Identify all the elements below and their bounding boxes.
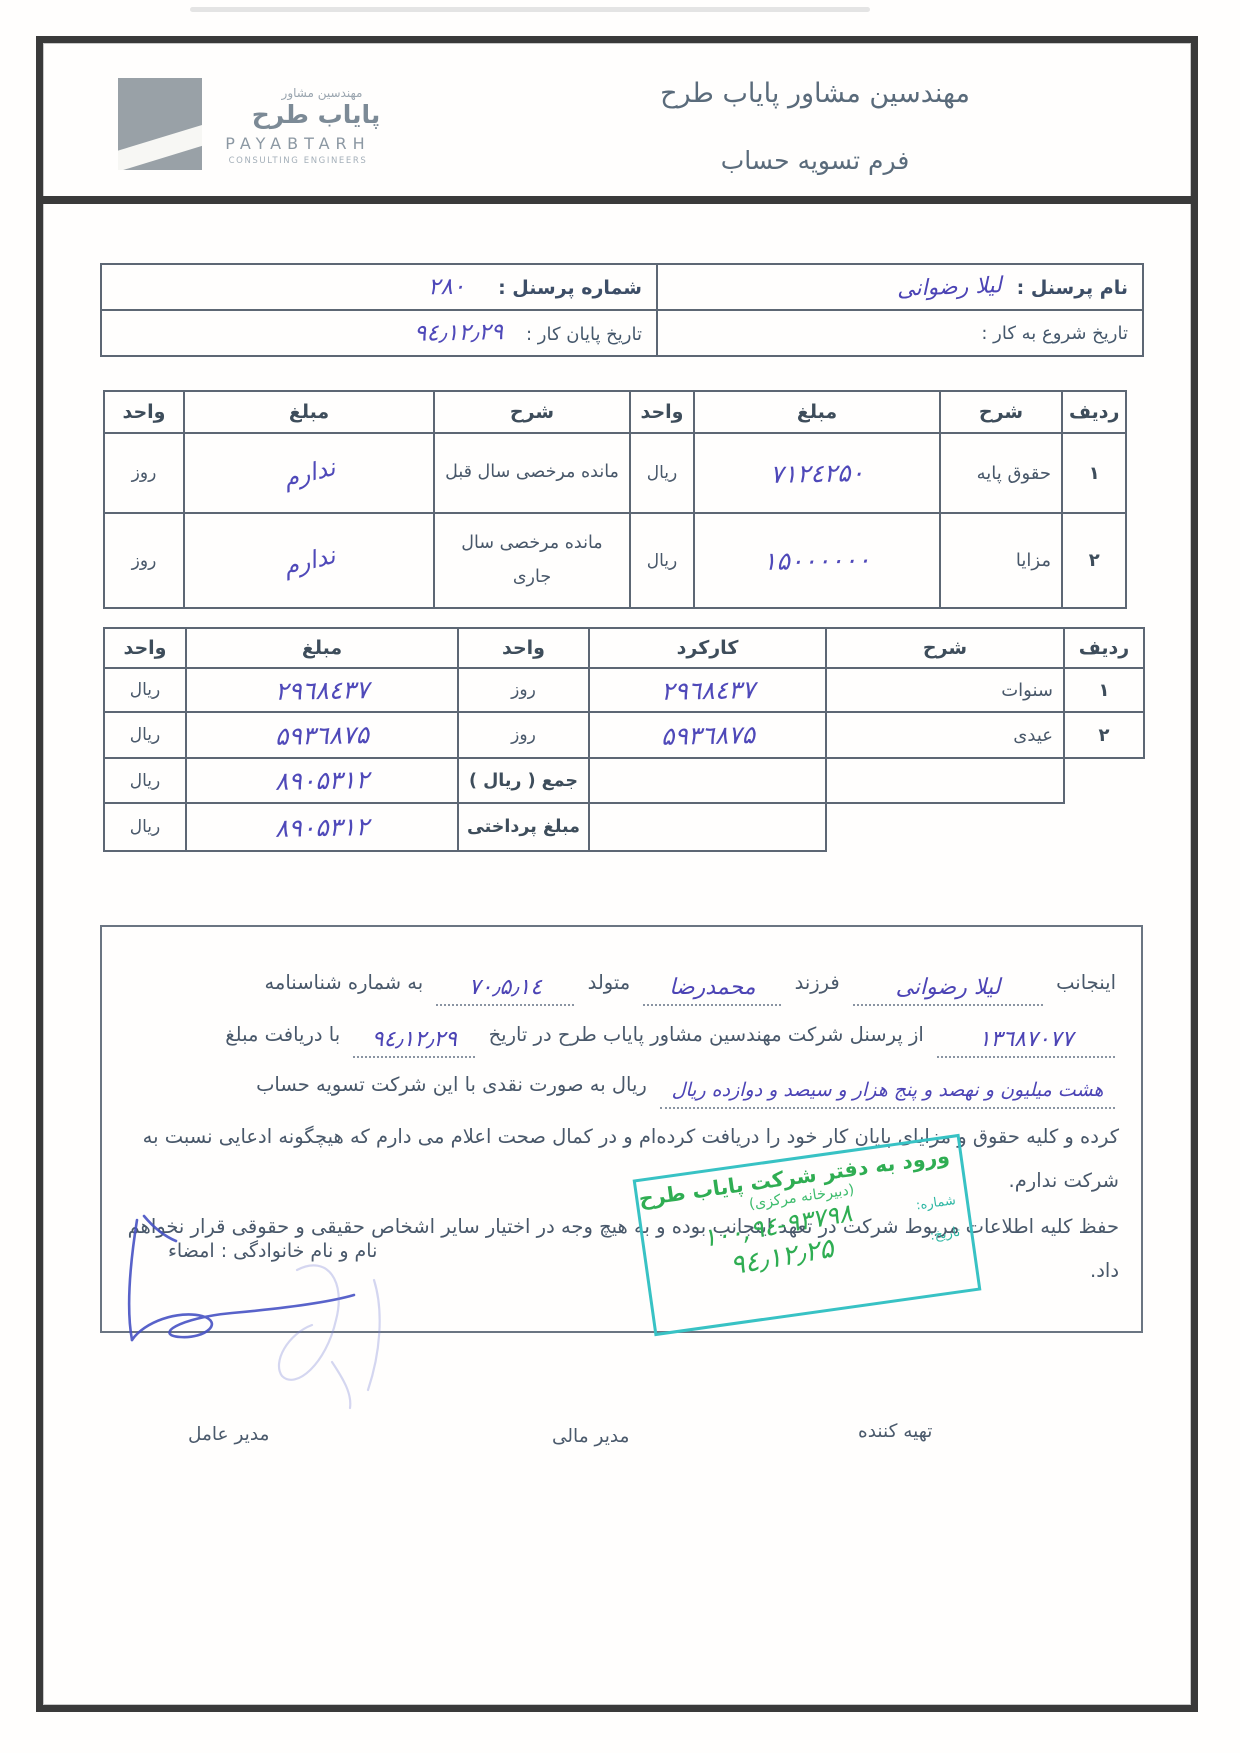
empty-cell bbox=[589, 758, 826, 803]
unit-cell: ریال bbox=[104, 712, 186, 758]
personnel-name-value: لیلا رضوانی bbox=[896, 273, 1002, 302]
unit-cell: روز bbox=[104, 433, 184, 513]
amount-cell: ۲۹٦۸٤۳۷ bbox=[186, 668, 458, 712]
table-row: ۱ حقوق پایه ۷۱۲٤۲۵۰ ریال مانده مرخصی سال… bbox=[104, 433, 1126, 513]
father-blank: محمدرضا bbox=[643, 977, 781, 1006]
t2-header-work: کارکرد bbox=[589, 628, 826, 668]
table-row: ۲ مزایا ۱۵۰۰۰۰۰۰ ریال مانده مرخصی سال جا… bbox=[104, 513, 1126, 608]
unit-cell: ریال bbox=[104, 668, 186, 712]
start-date-cell: تاریخ شروع به کار : bbox=[657, 310, 1143, 356]
personnel-name-label: نام پرسنل : bbox=[1017, 277, 1128, 299]
id-number-blank: ۱۳٦۸۷۰۷۷ bbox=[937, 1029, 1115, 1058]
row-number: ۱ bbox=[1062, 433, 1126, 513]
sum-label: جمع ( ریال ) bbox=[458, 758, 589, 803]
t1-header-amount: مبلغ bbox=[694, 391, 940, 433]
amount-cell: ندارم bbox=[184, 513, 434, 608]
handwritten-amount-words: هشت میلیون و نهصد و پنج هزار و سیصد و دو… bbox=[672, 1079, 1104, 1101]
handwritten-none: ندارم bbox=[280, 453, 338, 493]
name-blank: لیلا رضوانی bbox=[853, 977, 1043, 1006]
birthdate-blank: ۷۰٫۵٫۱٤ bbox=[436, 977, 574, 1006]
stamp-number-label: شماره: bbox=[899, 1193, 957, 1216]
logo-fa-brand-text: پایاب طرح bbox=[236, 100, 396, 129]
desc-benefits: مزایا bbox=[940, 513, 1062, 608]
footer-finance-label: مدیر مالی bbox=[552, 1426, 629, 1447]
dec-text: اینجانب bbox=[1056, 971, 1116, 994]
amount-cell: ۵۹۳٦۸۷۵ bbox=[186, 712, 458, 758]
logo-en-subtitle: CONSULTING ENGINEERS bbox=[206, 156, 390, 166]
paid-row: مبلغ پرداختی ۸۹۰۵۳۱۲ ریال bbox=[104, 803, 1144, 851]
empty-cell bbox=[826, 803, 1064, 851]
work-cell: ۲۹٦۸٤۳۷ bbox=[589, 668, 826, 712]
logo-swoosh-shape bbox=[118, 111, 202, 170]
handwritten-work: ۲۹٦۸٤۳۷ bbox=[660, 675, 754, 706]
dec-text: فرزند bbox=[795, 971, 840, 994]
work-cell: ۵۹۳٦۸۷۵ bbox=[589, 712, 826, 758]
start-date-label: تاریخ شروع به کار : bbox=[981, 323, 1128, 344]
dec-text: به شماره شناسنامه bbox=[264, 971, 423, 994]
footer-preparer-label: تهیه کننده bbox=[858, 1421, 932, 1442]
paid-amount-cell: ۸۹۰۵۳۱۲ bbox=[186, 803, 458, 851]
table-row: ۲ عیدی ۵۹۳٦۸۷۵ روز ۵۹۳٦۸۷۵ ریال bbox=[104, 712, 1144, 758]
company-title: مهندسین مشاور پایاب طرح bbox=[600, 78, 1030, 109]
handwritten-amount: ۲۹٦۸٤۳۷ bbox=[275, 675, 369, 706]
handwritten-paid: ۸۹۰۵۳۱۲ bbox=[275, 812, 369, 843]
footer-ceo-label: مدیر عامل bbox=[188, 1424, 269, 1445]
personnel-number-label: شماره پرسنل : bbox=[498, 277, 642, 299]
empty-cell bbox=[826, 758, 1064, 803]
t1-header-unit2: واحد bbox=[104, 391, 184, 433]
row-number: ۱ bbox=[1064, 668, 1144, 712]
t2-header-unit: واحد bbox=[458, 628, 589, 668]
handwritten-work: ۵۹۳٦۸۷۵ bbox=[660, 720, 754, 751]
unit-cell: روز bbox=[458, 668, 589, 712]
row-number: ۲ bbox=[1062, 513, 1126, 608]
company-logo-icon bbox=[118, 78, 202, 170]
date-blank: ۹٤٫۱۲٫۲۹ bbox=[353, 1029, 475, 1058]
desc-seniority: سنوات bbox=[826, 668, 1064, 712]
personnel-number-value: ۲۸۰ bbox=[428, 274, 466, 301]
handwritten-id-number: ۱۳٦۸۷۰۷۷ bbox=[979, 1027, 1074, 1052]
desc-bonus: عیدی bbox=[826, 712, 1064, 758]
unit-cell: ریال bbox=[630, 513, 694, 608]
personnel-name-cell: نام پرسنل : لیلا رضوانی bbox=[657, 264, 1143, 310]
declaration-line-2: ۱۳٦۸۷۰۷۷ از پرسنل شرکت مهندسین مشاور پای… bbox=[124, 1023, 1119, 1058]
handwritten-name: لیلا رضوانی bbox=[896, 975, 1001, 1000]
sum-amount-cell: ۸۹۰۵۳۱۲ bbox=[186, 758, 458, 803]
desc-base-salary: حقوق پایه bbox=[940, 433, 1062, 513]
row-number: ۲ bbox=[1064, 712, 1144, 758]
empty-cell bbox=[589, 803, 826, 851]
declaration-line-1: اینجانب لیلا رضوانی فرزند محمدرضا متولد … bbox=[124, 971, 1119, 1006]
desc-prev-leave: مانده مرخصی سال قبل bbox=[434, 433, 630, 513]
personnel-number-cell: شماره پرسنل : ۲۸۰ bbox=[101, 264, 657, 310]
t1-header-desc: شرح bbox=[940, 391, 1062, 433]
amount-cell: ندارم bbox=[184, 433, 434, 513]
t2-header-desc: شرح bbox=[826, 628, 1064, 668]
paid-label: مبلغ پرداختی bbox=[458, 803, 589, 851]
unit-cell: ریال bbox=[104, 803, 186, 851]
logo-en-name: PAYABTARH bbox=[206, 134, 390, 153]
empty-cell bbox=[1064, 758, 1144, 803]
declaration-line-5: شرکت ندارم. bbox=[124, 1169, 1119, 1192]
end-date-value: ۹٤٫۱۲٫۲۹ bbox=[414, 319, 504, 347]
amount-cell: ۷۱۲٤۲۵۰ bbox=[694, 433, 940, 513]
handwritten-amount: ۷۱۲٤۲۵۰ bbox=[770, 458, 864, 489]
unit-cell: ریال bbox=[630, 433, 694, 513]
amount-cell: ۱۵۰۰۰۰۰۰ bbox=[694, 513, 940, 608]
t1-header-unit: واحد bbox=[630, 391, 694, 433]
unit-cell: ریال bbox=[104, 758, 186, 803]
amount-words-blank: هشت میلیون و نهصد و پنج هزار و سیصد و دو… bbox=[660, 1080, 1115, 1109]
scan-artifact bbox=[190, 7, 870, 12]
empty-cell bbox=[1064, 803, 1144, 851]
handwritten-signature bbox=[82, 1212, 422, 1427]
unit-cell: روز bbox=[104, 513, 184, 608]
desc-current-leave: مانده مرخصی سال جاری bbox=[434, 513, 630, 608]
header-divider bbox=[36, 196, 1198, 204]
handwritten-amount: ۵۹۳٦۸۷۵ bbox=[275, 720, 369, 751]
unit-cell: روز bbox=[458, 712, 589, 758]
t1-header-amount2: مبلغ bbox=[184, 391, 434, 433]
t2-header-amount: مبلغ bbox=[186, 628, 458, 668]
dec-text: ریال به صورت نقدی با این شرکت تسویه حساب bbox=[256, 1073, 647, 1096]
declaration-line-3: هشت میلیون و نهصد و پنج هزار و سیصد و دو… bbox=[124, 1073, 1119, 1109]
dec-text: با دریافت مبلغ bbox=[225, 1023, 340, 1046]
t2-header-unit2: واحد bbox=[104, 628, 186, 668]
salary-leave-table: ردیف شرح مبلغ واحد شرح مبلغ واحد ۱ حقوق … bbox=[103, 390, 1127, 609]
handwritten-amount: ۱۵۰۰۰۰۰۰ bbox=[763, 545, 871, 576]
table-row: ۱ سنوات ۲۹٦۸٤۳۷ روز ۲۹٦۸٤۳۷ ریال bbox=[104, 668, 1144, 712]
stamp-date-label: تاریخ: bbox=[904, 1225, 962, 1248]
handwritten-none: ندارم bbox=[280, 541, 338, 581]
settlement-form-page: مهندسین مشاور پایاب طرح PAYABTARH CONSUL… bbox=[0, 0, 1240, 1753]
handwritten-date: ۹٤٫۱۲٫۲۹ bbox=[372, 1027, 457, 1052]
end-date-cell: تاریخ پایان کار : ۹٤٫۱۲٫۲۹ bbox=[101, 310, 657, 356]
totals-table: ردیف شرح کارکرد واحد مبلغ واحد ۱ سنوات ۲… bbox=[103, 627, 1145, 852]
dec-text: از پرسنل شرکت مهندسین مشاور پایاب طرح در… bbox=[489, 1023, 924, 1046]
declaration-line-4: کرده و کلیه حقوق و مزایای پایان کار خود … bbox=[124, 1125, 1119, 1148]
t2-header-row: ردیف bbox=[1064, 628, 1144, 668]
t1-header-desc2: شرح bbox=[434, 391, 630, 433]
personnel-info-table: نام پرسنل : لیلا رضوانی شماره پرسنل : ۲۸… bbox=[100, 263, 1144, 357]
sum-row: جمع ( ریال ) ۸۹۰۵۳۱۲ ریال bbox=[104, 758, 1144, 803]
t1-header-row: ردیف bbox=[1062, 391, 1126, 433]
form-title: فرم تسویه حساب bbox=[600, 146, 1030, 175]
handwritten-sum: ۸۹۰۵۳۱۲ bbox=[275, 765, 369, 796]
handwritten-father: محمدرضا bbox=[669, 975, 755, 1000]
handwritten-birthdate: ۷۰٫۵٫۱٤ bbox=[469, 975, 542, 1000]
dec-text: متولد bbox=[588, 971, 631, 994]
logo-fa-small-text: مهندسین مشاور bbox=[252, 86, 392, 100]
end-date-label: تاریخ پایان کار : bbox=[526, 324, 642, 345]
